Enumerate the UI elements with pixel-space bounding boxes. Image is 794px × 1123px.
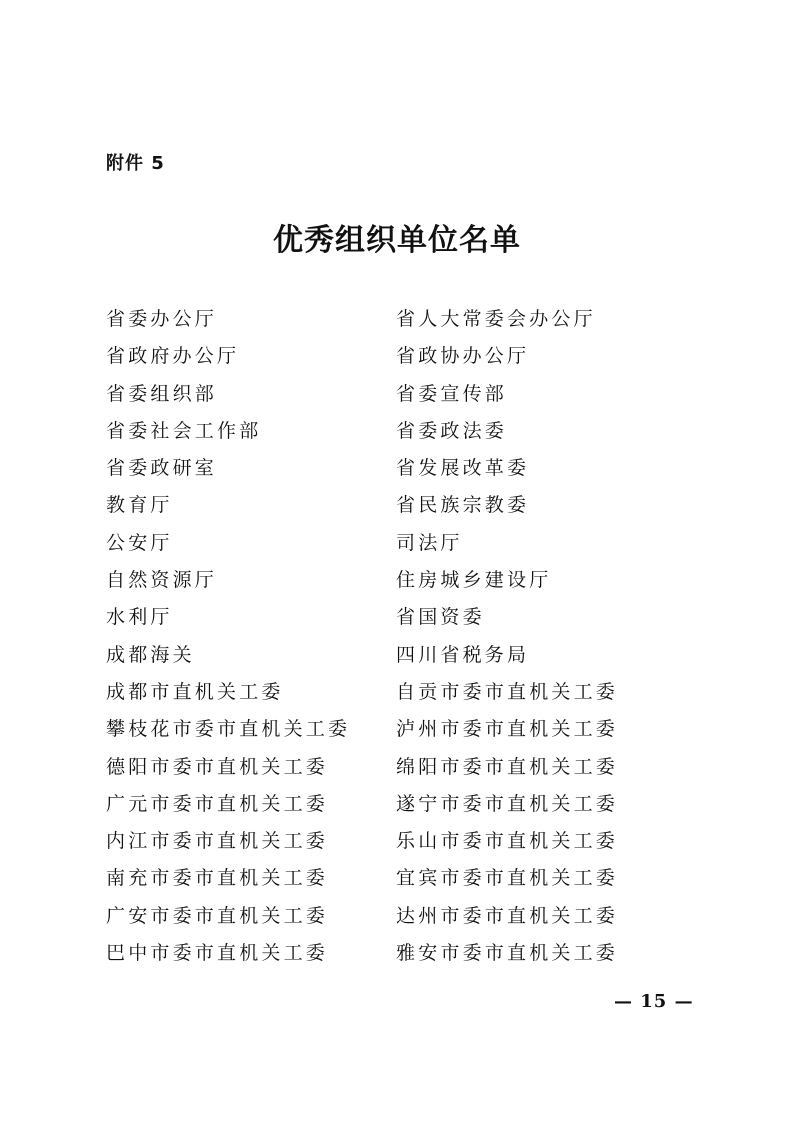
document-title: 优秀组织单位名单 <box>0 221 794 261</box>
unit-item: 乐山市委市直机关工委 <box>396 825 666 862</box>
unit-item: 绵阳市委市直机关工委 <box>396 751 666 788</box>
unit-list: 省委办公厅 省人大常委会办公厅 省政府办公厅 省政协办公厅 省委组织部 省委宣传… <box>106 303 666 974</box>
unit-item: 省委办公厅 <box>106 303 396 340</box>
unit-item: 四川省税务局 <box>396 639 666 676</box>
unit-item: 自贡市委市直机关工委 <box>396 676 666 713</box>
unit-item: 成都市直机关工委 <box>106 676 396 713</box>
unit-item: 公安厅 <box>106 527 396 564</box>
unit-item: 水利厅 <box>106 601 396 638</box>
unit-item: 教育厅 <box>106 489 396 526</box>
unit-item: 泸州市委市直机关工委 <box>396 713 666 750</box>
unit-item: 巴中市委市直机关工委 <box>106 937 396 974</box>
unit-item: 省国资委 <box>396 601 666 638</box>
unit-item: 达州市委市直机关工委 <box>396 900 666 937</box>
page-number: — 15 — <box>614 990 694 1014</box>
unit-item: 省委政研室 <box>106 452 396 489</box>
unit-item: 南充市委市直机关工委 <box>106 862 396 899</box>
unit-item: 广安市委市直机关工委 <box>106 900 396 937</box>
unit-item: 省委社会工作部 <box>106 415 396 452</box>
unit-item: 雅安市委市直机关工委 <box>396 937 666 974</box>
unit-item: 攀枝花市委市直机关工委 <box>106 713 396 750</box>
unit-item: 省委宣传部 <box>396 378 666 415</box>
unit-item: 司法厅 <box>396 527 666 564</box>
unit-item: 省民族宗教委 <box>396 489 666 526</box>
unit-item: 省政府办公厅 <box>106 340 396 377</box>
unit-item: 广元市委市直机关工委 <box>106 788 396 825</box>
unit-item: 省人大常委会办公厅 <box>396 303 666 340</box>
unit-item: 成都海关 <box>106 639 396 676</box>
unit-item: 省政协办公厅 <box>396 340 666 377</box>
unit-item: 遂宁市委市直机关工委 <box>396 788 666 825</box>
unit-item: 省委组织部 <box>106 378 396 415</box>
attachment-label: 附件 5 <box>106 152 165 176</box>
unit-item: 住房城乡建设厅 <box>396 564 666 601</box>
unit-item: 自然资源厅 <box>106 564 396 601</box>
unit-item: 内江市委市直机关工委 <box>106 825 396 862</box>
unit-item: 宜宾市委市直机关工委 <box>396 862 666 899</box>
unit-item: 德阳市委市直机关工委 <box>106 751 396 788</box>
unit-item: 省发展改革委 <box>396 452 666 489</box>
unit-item: 省委政法委 <box>396 415 666 452</box>
